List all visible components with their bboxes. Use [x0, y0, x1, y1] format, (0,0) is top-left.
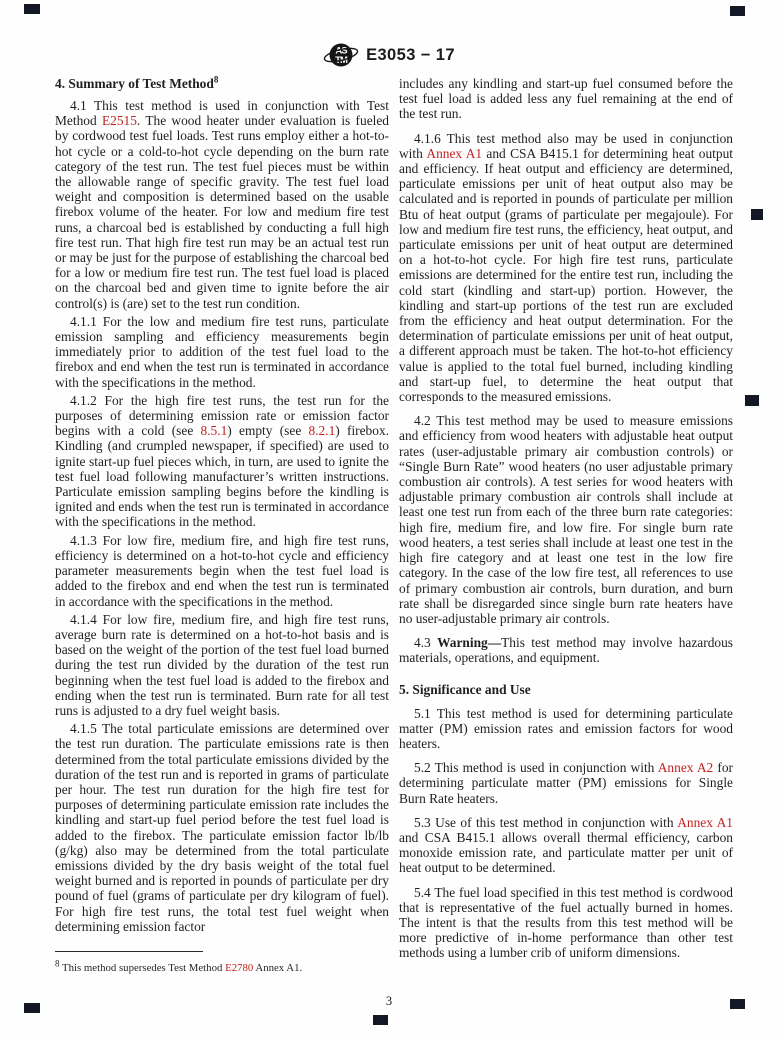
scan-artifact-mark — [373, 1015, 388, 1025]
standard-designation: E3053 − 17 — [366, 46, 455, 65]
para-5-2: 5.2 This method is used in conjunction w… — [399, 760, 733, 806]
reference-link[interactable]: Annex A1 — [677, 815, 733, 830]
para-4-1-6: 4.1.6 This test method also may be used … — [399, 131, 733, 405]
para-4-1-5: 4.1.5 The total particulate emissions ar… — [55, 721, 389, 934]
reference-link[interactable]: E2515 — [102, 113, 137, 128]
section-5-heading: 5. Significance and Use — [399, 682, 733, 697]
text-columns: 4. Summary of Test Method84.1 This test … — [55, 76, 733, 961]
section-4-heading: 4. Summary of Test Method8 — [55, 76, 389, 91]
page-header: AS TM E3053 − 17 — [0, 40, 778, 70]
para-5-4: 5.4 The fuel load specified in this test… — [399, 885, 733, 961]
page-number: 3 — [0, 994, 778, 1009]
para-5-3: 5.3 Use of this test method in conjuncti… — [399, 815, 733, 876]
scan-artifact-mark — [730, 999, 745, 1009]
para-4-3: 4.3 Warning—This test method may involve… — [399, 635, 733, 665]
para-4-2: 4.2 This test method may be used to meas… — [399, 413, 733, 626]
reference-link[interactable]: 8.5.1 — [201, 423, 228, 438]
scan-artifact-mark — [24, 4, 40, 14]
para-4-1-2: 4.1.2 For the high fire test runs, the t… — [55, 393, 389, 530]
footnote: 8 This method supersedes Test Method E27… — [55, 962, 389, 975]
reference-link[interactable]: 8.2.1 — [309, 423, 336, 438]
scan-artifact-mark — [751, 209, 763, 220]
reference-link[interactable]: Annex A2 — [658, 760, 713, 775]
scan-artifact-mark — [745, 395, 759, 406]
reference-link[interactable]: Annex A1 — [426, 146, 482, 161]
para-5-1: 5.1 This test method is used for determi… — [399, 706, 733, 752]
document-page: AS TM E3053 − 17 4. Summary of Test Meth… — [0, 0, 778, 1041]
para-4-1-3: 4.1.3 For low fire, medium fire, and hig… — [55, 533, 389, 609]
para-4-1-5-continued: includes any kindling and start-up fuel … — [399, 76, 733, 122]
right-column: includes any kindling and start-up fuel … — [399, 76, 733, 961]
astm-logo-icon: AS TM — [323, 40, 359, 70]
left-column: 4. Summary of Test Method84.1 This test … — [55, 76, 389, 961]
para-4-1-1: 4.1.1 For the low and medium fire test r… — [55, 314, 389, 390]
footnote-rule — [55, 951, 203, 952]
scan-artifact-mark — [730, 6, 745, 16]
scan-artifact-mark — [24, 1003, 40, 1013]
para-4-1: 4.1 This test method is used in conjunct… — [55, 98, 389, 311]
reference-link[interactable]: E2780 — [225, 962, 253, 974]
para-4-1-4: 4.1.4 For low fire, medium fire, and hig… — [55, 612, 389, 718]
